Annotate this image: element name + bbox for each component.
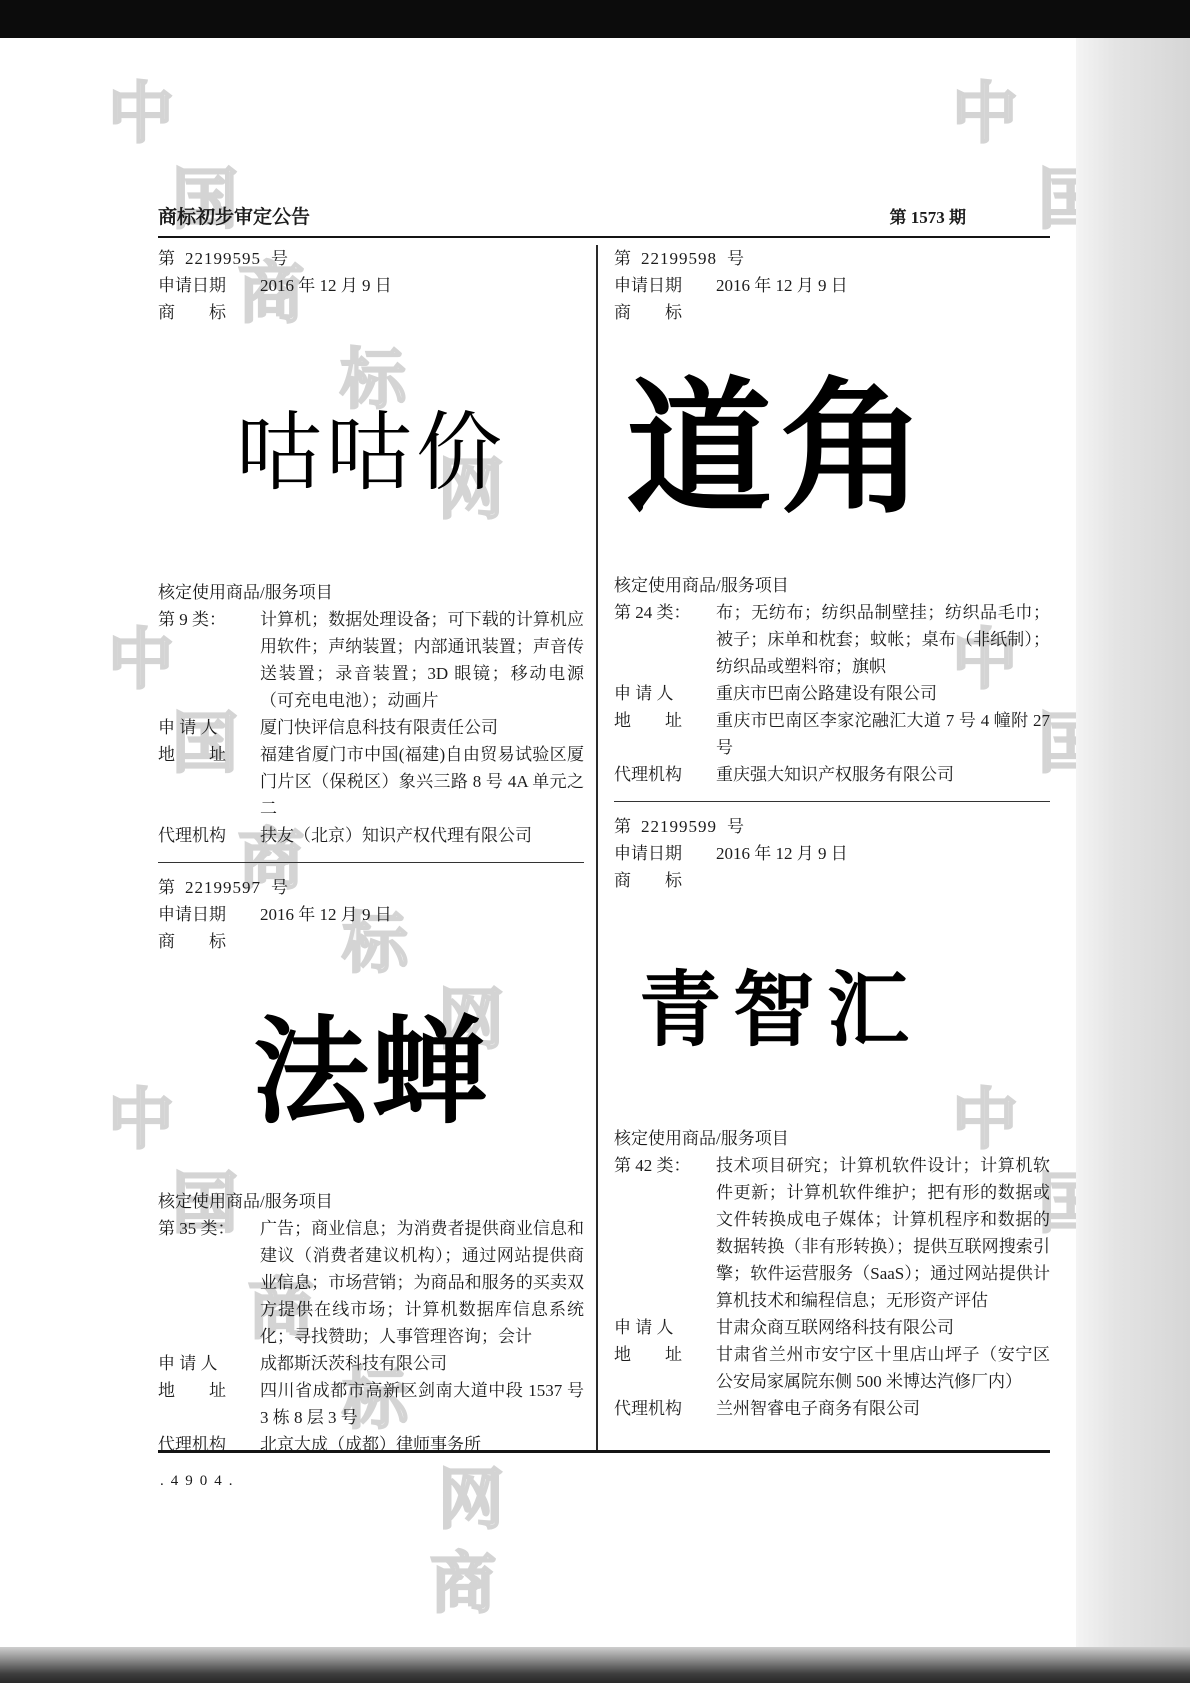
agent-label: 代理机构: [158, 822, 260, 849]
goods-row: 第 42 类： 技术项目研究；计算机软件设计；计算机软件更新；计算机软件维护；把…: [614, 1152, 1050, 1314]
number-prefix: 第: [614, 249, 631, 268]
applicant-label: 申 请 人: [614, 1314, 716, 1341]
application-date-row: 申请日期 2016 年 12 月 9 日: [614, 840, 1050, 867]
address-value: 四川省成都市高新区剑南大道中段 1537 号 3 栋 8 层 3 号: [260, 1377, 584, 1431]
application-date-label: 申请日期: [614, 272, 716, 299]
class-label: 第 35 类：: [158, 1215, 260, 1350]
applicant-row: 申 请 人 重庆市巴南公路建设有限公司: [614, 680, 1050, 707]
registration-number-row: 第22199599号: [614, 813, 1050, 840]
goods-heading: 核定使用商品/服务项目: [158, 579, 584, 606]
registration-number: 22199598: [641, 249, 717, 268]
address-label: 地 址: [158, 741, 260, 822]
number-suffix: 号: [271, 249, 288, 268]
number-prefix: 第: [158, 249, 175, 268]
mark-label: 商 标: [614, 867, 1050, 894]
trademark-image-area: 咕咕价: [158, 326, 584, 579]
trademark-image-area: 法蝉: [158, 955, 584, 1188]
address-row: 地 址 福建省厦门市中国(福建)自由贸易试验区厦门片区（保税区）象兴三路 8 号…: [158, 741, 584, 822]
mark-label: 商 标: [158, 928, 584, 955]
trademark-entry-22199595: 第22199595号 申请日期 2016 年 12 月 9 日 商 标 咕咕价 …: [158, 245, 584, 849]
two-column-body: 第22199595号 申请日期 2016 年 12 月 9 日 商 标 咕咕价 …: [158, 238, 1050, 1453]
mark-label: 商 标: [158, 299, 584, 326]
applicant-row: 申 请 人 厦门快评信息科技有限责任公司: [158, 714, 584, 741]
agent-value: 重庆强大知识产权服务有限公司: [716, 761, 1050, 788]
application-date-value: 2016 年 12 月 9 日: [716, 272, 1050, 299]
applicant-label: 申 请 人: [158, 1350, 260, 1377]
application-date-value: 2016 年 12 月 9 日: [260, 901, 584, 928]
issue-number: 第 1573 期: [890, 204, 1051, 231]
application-date-row: 申请日期 2016 年 12 月 9 日: [158, 901, 584, 928]
watermark-glyph: 中: [952, 82, 1018, 148]
application-date-row: 申请日期 2016 年 12 月 9 日: [158, 272, 584, 299]
goods-list: 计算机；数据处理设备；可下载的计算机应用软件；声纳装置；内部通讯装置；声音传送装…: [260, 606, 584, 714]
agent-label: 代理机构: [158, 1431, 260, 1453]
trademark-entry-22199598: 第22199598号 申请日期 2016 年 12 月 9 日 商 标 道角 核…: [614, 245, 1050, 788]
trademark-entry-22199599: 第22199599号 申请日期 2016 年 12 月 9 日 商 标 青智汇 …: [614, 801, 1050, 1422]
gazette-content: 商标初步审定公告 第 1573 期 第22199595号 申请日期 2016 年…: [158, 204, 1050, 1453]
application-date-value: 2016 年 12 月 9 日: [716, 840, 1050, 867]
left-column: 第22199595号 申请日期 2016 年 12 月 9 日 商 标 咕咕价 …: [158, 245, 598, 1450]
applicant-value: 重庆市巴南公路建设有限公司: [716, 680, 1050, 707]
agent-row: 代理机构 重庆强大知识产权服务有限公司: [614, 761, 1050, 788]
number-suffix: 号: [271, 878, 288, 897]
applicant-value: 厦门快评信息科技有限责任公司: [260, 714, 584, 741]
goods-list: 布；无纺布；纺织品制壁挂；纺织品毛巾；被子；床单和枕套；蚊帐；桌布（非纸制）；纺…: [716, 599, 1050, 680]
mark-label: 商 标: [614, 299, 1050, 326]
goods-heading: 核定使用商品/服务项目: [158, 1188, 584, 1215]
gazette-page: { "header": { "title": "商标初步审定公告", "issu…: [0, 0, 1190, 1683]
applicant-label: 申 请 人: [158, 714, 260, 741]
address-label: 地 址: [614, 707, 716, 761]
trademark-image-area: 青智汇: [614, 894, 1050, 1125]
goods-heading: 核定使用商品/服务项目: [614, 572, 1050, 599]
address-row: 地 址 重庆市巴南区李家沱融汇大道 7 号 4 幢附 27 号: [614, 707, 1050, 761]
registration-number-row: 第22199595号: [158, 245, 584, 272]
address-row: 地 址 甘肃省兰州市安宁区十里店山坪子（安宁区公安局家属院东侧 500 米博达汽…: [614, 1341, 1050, 1395]
agent-label: 代理机构: [614, 761, 716, 788]
registration-number: 22199597: [185, 878, 261, 897]
number-suffix: 号: [727, 817, 744, 836]
applicant-row: 申 请 人 成都斯沃茨科技有限公司: [158, 1350, 584, 1377]
registration-number-row: 第22199597号: [158, 874, 584, 901]
trademark-image-area: 道角: [614, 326, 1050, 572]
goods-list: 广告；商业信息；为消费者提供商业信息和建议（消费者建议机构）；通过网站提供商业信…: [260, 1215, 584, 1350]
address-row: 地 址 四川省成都市高新区剑南大道中段 1537 号 3 栋 8 层 3 号: [158, 1377, 584, 1431]
agent-row: 代理机构 北京大成（成都）律师事务所: [158, 1431, 584, 1453]
scan-right-edge: [1076, 38, 1190, 1648]
trademark-logo: 道角: [626, 376, 934, 522]
application-date-label: 申请日期: [158, 272, 260, 299]
application-date-row: 申请日期 2016 年 12 月 9 日: [614, 272, 1050, 299]
address-value: 重庆市巴南区李家沱融汇大道 7 号 4 幢附 27 号: [716, 707, 1050, 761]
trademark-entry-22199597: 第22199597号 申请日期 2016 年 12 月 9 日 商 标 法蝉 核…: [158, 862, 584, 1453]
address-label: 地 址: [614, 1341, 716, 1395]
goods-row: 第 24 类： 布；无纺布；纺织品制壁挂；纺织品毛巾；被子；床单和枕套；蚊帐；桌…: [614, 599, 1050, 680]
page-number: .4904.: [160, 1468, 240, 1495]
gazette-title: 商标初步审定公告: [158, 204, 310, 231]
scan-top-edge: [0, 0, 1190, 38]
goods-list: 技术项目研究；计算机软件设计；计算机软件更新；计算机软件维护；把有形的数据或文件…: [716, 1152, 1050, 1314]
agent-row: 代理机构 兰州智睿电子商务有限公司: [614, 1395, 1050, 1422]
applicant-value: 成都斯沃茨科技有限公司: [260, 1350, 584, 1377]
application-date-value: 2016 年 12 月 9 日: [260, 272, 584, 299]
agent-value: 兰州智睿电子商务有限公司: [716, 1395, 1050, 1422]
registration-number-row: 第22199598号: [614, 245, 1050, 272]
class-label: 第 9 类：: [158, 606, 260, 714]
right-column: 第22199598号 申请日期 2016 年 12 月 9 日 商 标 道角 核…: [598, 245, 1050, 1450]
application-date-label: 申请日期: [158, 901, 260, 928]
class-label: 第 42 类：: [614, 1152, 716, 1314]
watermark-glyph: 中: [108, 82, 174, 148]
trademark-logo: 法蝉: [253, 1014, 489, 1130]
application-date-label: 申请日期: [614, 840, 716, 867]
agent-value: 北京大成（成都）律师事务所: [260, 1431, 584, 1453]
agent-row: 代理机构 扶友（北京）知识产权代理有限公司: [158, 822, 584, 849]
agent-label: 代理机构: [614, 1395, 716, 1422]
agent-value: 扶友（北京）知识产权代理有限公司: [260, 822, 584, 849]
goods-row: 第 9 类： 计算机；数据处理设备；可下载的计算机应用软件；声纳装置；内部通讯装…: [158, 606, 584, 714]
number-suffix: 号: [727, 249, 744, 268]
goods-row: 第 35 类： 广告；商业信息；为消费者提供商业信息和建议（消费者建议机构）；通…: [158, 1215, 584, 1350]
address-label: 地 址: [158, 1377, 260, 1431]
address-value: 福建省厦门市中国(福建)自由贸易试验区厦门片区（保税区）象兴三路 8 号 4A …: [260, 741, 584, 822]
applicant-label: 申 请 人: [614, 680, 716, 707]
goods-heading: 核定使用商品/服务项目: [614, 1125, 1050, 1152]
trademark-logo: 咕咕价: [236, 410, 506, 496]
registration-number: 22199595: [185, 249, 261, 268]
trademark-logo: 青智汇: [639, 969, 921, 1051]
watermark-glyph: 网: [438, 1468, 504, 1534]
address-value: 甘肃省兰州市安宁区十里店山坪子（安宁区公安局家属院东侧 500 米博达汽修厂内）: [716, 1341, 1050, 1395]
scan-bottom-edge: [0, 1647, 1190, 1683]
class-label: 第 24 类：: [614, 599, 716, 680]
watermark-glyph: 商: [430, 1552, 496, 1618]
applicant-value: 甘肃众商互联网络科技有限公司: [716, 1314, 1050, 1341]
applicant-row: 申 请 人 甘肃众商互联网络科技有限公司: [614, 1314, 1050, 1341]
number-prefix: 第: [158, 878, 175, 897]
registration-number: 22199599: [641, 817, 717, 836]
number-prefix: 第: [614, 817, 631, 836]
gazette-header: 商标初步审定公告 第 1573 期: [158, 204, 1050, 238]
